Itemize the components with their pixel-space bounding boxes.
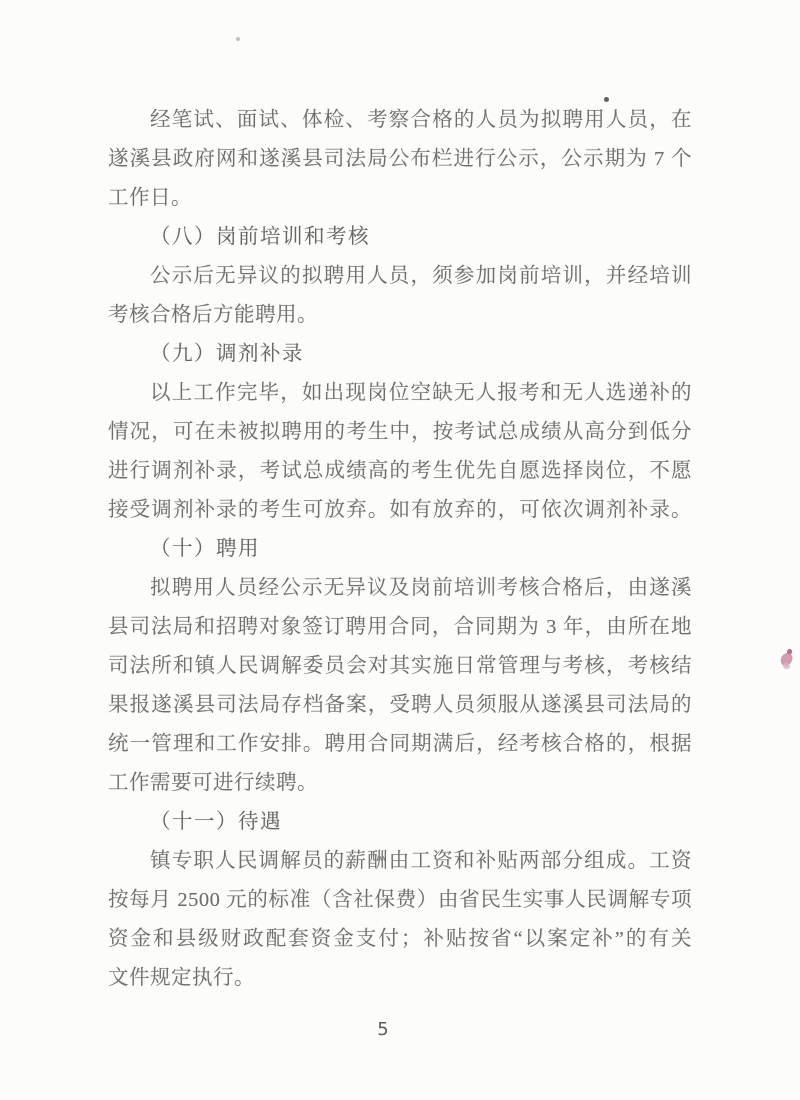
section-heading: （八）岗前培训和考核 xyxy=(108,218,692,257)
text-line: 果报遂溪县司法局存档备案，受聘人员须服从遂溪县司法局的 xyxy=(108,686,692,725)
document-page: 经笔试、面试、体检、考察合格的人员为拟聘用人员，在遂溪县政府网和遂溪县司法局公布… xyxy=(0,0,800,1100)
text-line: 拟聘用人员经公示无异议及岗前培训考核合格后，由遂溪 xyxy=(108,569,692,608)
text-line: 接受调剂补录的考生可放弃。如有放弃的，可依次调剂补录。 xyxy=(108,491,692,530)
section-heading: （十一）待遇 xyxy=(108,803,692,842)
section-heading: （九）调剂补录 xyxy=(108,335,692,374)
text-line: 进行调剂补录，考试总成绩高的考生优先自愿选择岗位，不愿 xyxy=(108,452,692,491)
text-line: 按每月 2500 元的标准（含社保费）由省民生实事人民调解专项 xyxy=(108,881,692,920)
page-number: 5 xyxy=(0,1019,766,1040)
scan-speck-artifact xyxy=(236,37,240,41)
text-line: 资金和县级财政配套资金支付；补贴按省“以案定补”的有关 xyxy=(108,920,692,959)
text-line: 经笔试、面试、体检、考察合格的人员为拟聘用人员，在 xyxy=(108,101,692,140)
text-line: 工作日。 xyxy=(108,179,692,218)
scan-dot-artifact xyxy=(604,97,609,102)
text-line: 考核合格后方能聘用。 xyxy=(108,296,692,335)
red-ink-mark-tail xyxy=(783,663,790,669)
text-line: 文件规定执行。 xyxy=(108,959,692,998)
text-line: 遂溪县政府网和遂溪县司法局公布栏进行公示，公示期为 7 个 xyxy=(108,140,692,179)
red-ink-mark-artifact xyxy=(779,646,797,670)
section-heading: （十）聘用 xyxy=(108,530,692,569)
text-line: 公示后无异议的拟聘用人员，须参加岗前培训，并经培训 xyxy=(108,257,692,296)
text-line: 镇专职人民调解员的薪酬由工资和补贴两部分组成。工资 xyxy=(108,842,692,881)
text-line: 以上工作完毕，如出现岗位空缺无人报考和无人选递补的 xyxy=(108,374,692,413)
text-line: 工作需要可进行续聘。 xyxy=(108,764,692,803)
text-line: 统一管理和工作安排。聘用合同期满后，经考核合格的，根据 xyxy=(108,725,692,764)
document-body: 经笔试、面试、体检、考察合格的人员为拟聘用人员，在遂溪县政府网和遂溪县司法局公布… xyxy=(108,101,692,998)
text-line: 情况，可在未被拟聘用的考生中，按考试总成绩从高分到低分 xyxy=(108,413,692,452)
text-line: 县司法局和招聘对象签订聘用合同，合同期为 3 年，由所在地 xyxy=(108,608,692,647)
text-line: 司法所和镇人民调解委员会对其实施日常管理与考核，考核结 xyxy=(108,647,692,686)
